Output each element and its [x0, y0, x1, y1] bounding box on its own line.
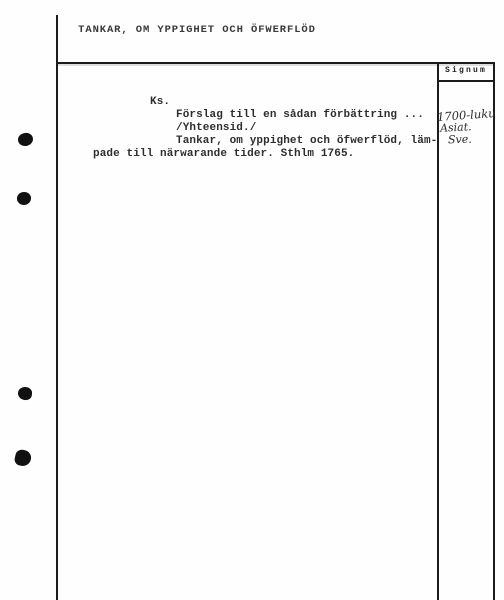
- left-margin-rule: [56, 15, 58, 600]
- signum-column-header: Signum: [439, 66, 493, 75]
- punch-hole-dot-icon: [14, 449, 33, 468]
- right-edge-rule: [493, 62, 495, 600]
- catalog-card-scan: TANKAR, OM YPPIGHET OCH ÖFWERFLÖD Signum…: [0, 0, 504, 600]
- entry-classmark: Ks.: [150, 96, 170, 108]
- entry-reference-title: Förslag till en sådan förbättring ...: [176, 109, 424, 121]
- entry-main-title-line: Tankar, om yppighet och öfwerflöd, läm-: [176, 135, 437, 147]
- punch-hole-dot-icon: [17, 132, 34, 147]
- top-rule: [56, 62, 495, 64]
- punch-hole-dot-icon: [17, 192, 31, 205]
- entry-binding-note: /Yhteensid./: [176, 122, 256, 134]
- entry-imprint-line: pade till närwarande tider. Sthlm 1765.: [93, 148, 354, 160]
- card-title: TANKAR, OM YPPIGHET OCH ÖFWERFLÖD: [0, 24, 394, 36]
- signum-handwritten-line: Sve.: [448, 133, 472, 147]
- signum-header-rule: [437, 80, 495, 82]
- punch-hole-dot-icon: [17, 386, 32, 400]
